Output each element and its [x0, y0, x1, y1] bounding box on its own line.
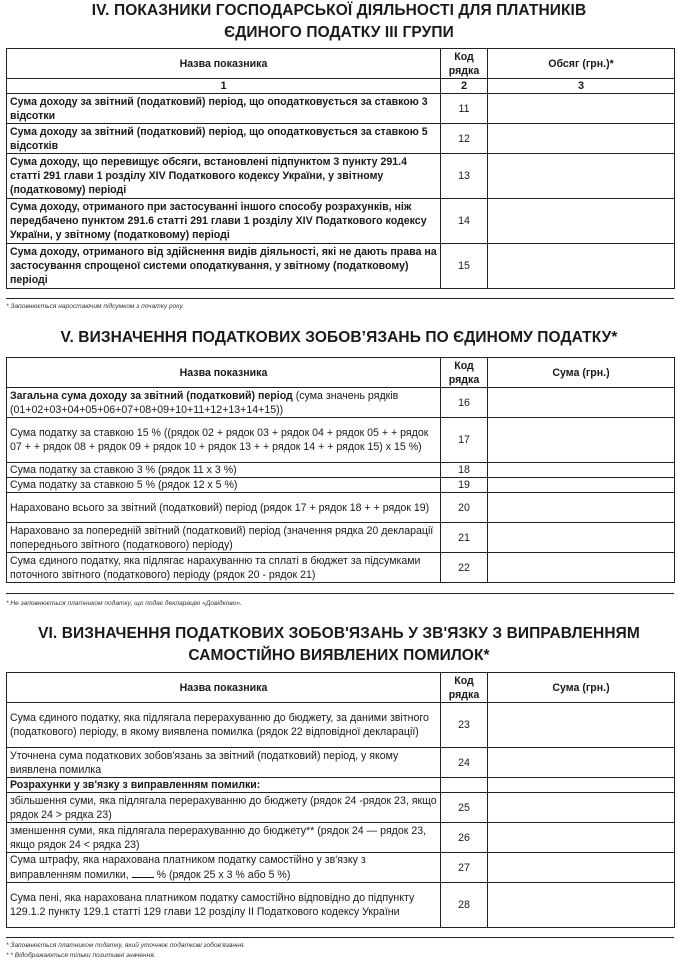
column-number-row: 1 2 3	[7, 79, 675, 94]
table-row: Сума податку за ставкою 3 % (рядок 11 х …	[7, 463, 675, 478]
table-row: Сума єдиного податку, яка підлягає нарах…	[7, 553, 675, 583]
row-name: зменшення суми, яка підлягала перерахува…	[7, 823, 441, 853]
row-name: Сума штрафу, яка нарахована платником по…	[7, 853, 441, 883]
row-code: 28	[441, 883, 488, 928]
row-value	[488, 778, 675, 793]
row-value-input[interactable]	[488, 793, 675, 823]
column-number: 1	[7, 79, 441, 94]
row-value-input[interactable]	[488, 244, 675, 289]
table-row: Сума доходу, що перевищує обсяги, встано…	[7, 154, 675, 199]
section-6-footnote-2: * * Відображаються тільки позитивні знач…	[6, 952, 156, 959]
section-6-title: VI. ВИЗНАЧЕННЯ ПОДАТКОВИХ ЗОБОВ'ЯЗАНЬ У …	[0, 623, 678, 667]
row-code: 26	[441, 823, 488, 853]
row-code	[441, 778, 488, 793]
row-code: 23	[441, 703, 488, 748]
column-number: 2	[441, 79, 488, 94]
row-code: 11	[441, 94, 488, 124]
row-value-input[interactable]	[488, 94, 675, 124]
row-value-input[interactable]	[488, 388, 675, 418]
row-name: Сума податку за ставкою 5 % (рядок 12 х …	[7, 478, 441, 493]
row-value-input[interactable]	[488, 463, 675, 478]
table-row: Уточнена сума податкових зобов'язань за …	[7, 748, 675, 778]
header-name: Назва показника	[7, 358, 441, 388]
row-code: 12	[441, 124, 488, 154]
row-value-input[interactable]	[488, 199, 675, 244]
table-header-row: Назва показника Код рядка Сума (грн.)	[7, 673, 675, 703]
section-4-title: IV. ПОКАЗНИКИ ГОСПОДАРСЬКОЇ ДІЯЛЬНОСТІ Д…	[0, 0, 678, 44]
row-name: Сума єдиного податку, яка підлягає нарах…	[7, 553, 441, 583]
table-row: Сума податку за ставкою 5 % (рядок 12 х …	[7, 478, 675, 493]
row-value-input[interactable]	[488, 154, 675, 199]
row-name: Сума податку за ставкою 15 % ((рядок 02 …	[7, 418, 441, 463]
footnote-divider	[6, 937, 674, 938]
row-code: 16	[441, 388, 488, 418]
table-row: Нараховано всього за звітний (податковий…	[7, 493, 675, 523]
row-value-input[interactable]	[488, 883, 675, 928]
section-5-title: V. ВИЗНАЧЕННЯ ПОДАТКОВИХ ЗОБОВ’ЯЗАНЬ ПО …	[0, 327, 678, 349]
table-row: Загальна сума доходу за звітний (податко…	[7, 388, 675, 418]
section-6-title-line2: САМОСТІЙНО ВИЯВЛЕНИХ ПОМИЛОК*	[0, 645, 678, 667]
row-value-input[interactable]	[488, 493, 675, 523]
footnote-divider	[6, 593, 674, 594]
header-value: Обсяг (грн.)*	[488, 49, 675, 79]
table-row: Сума доходу, отриманого від здійснення в…	[7, 244, 675, 289]
header-value: Сума (грн.)	[488, 673, 675, 703]
row-name: Сума доходу за звітний (податковий) пері…	[7, 94, 441, 124]
row-name: Сума доходу за звітний (податковий) пері…	[7, 124, 441, 154]
table-row: Сума доходу за звітний (податковий) пері…	[7, 94, 675, 124]
section-4-footnote: * Заповнюється наростаючим підсумком з п…	[6, 303, 184, 310]
row-name: Нараховано за попередній звітний (податк…	[7, 523, 441, 553]
header-code: Код рядка	[441, 358, 488, 388]
row-code: 14	[441, 199, 488, 244]
row-name: збільшення суми, яка підлягала перерахув…	[7, 793, 441, 823]
table-row: Нараховано за попередній звітний (податк…	[7, 523, 675, 553]
table-row-subheading: Розрахунки у зв'язку з виправленням поми…	[7, 778, 675, 793]
row-name: Загальна сума доходу за звітний (податко…	[7, 388, 441, 418]
row-code: 22	[441, 553, 488, 583]
row-name: Уточнена сума податкових зобов'язань за …	[7, 748, 441, 778]
row-value-input[interactable]	[488, 124, 675, 154]
header-code: Код рядка	[441, 673, 488, 703]
row-value-input[interactable]	[488, 853, 675, 883]
table-row: Сума штрафу, яка нарахована платником по…	[7, 853, 675, 883]
row-code: 17	[441, 418, 488, 463]
row-code: 18	[441, 463, 488, 478]
table-row: збільшення суми, яка підлягала перерахув…	[7, 793, 675, 823]
row-name: Сума податку за ставкою 3 % (рядок 11 х …	[7, 463, 441, 478]
row-name-post: % (рядок 25 х 3 % або 5 %)	[154, 869, 291, 881]
row-value-input[interactable]	[488, 418, 675, 463]
section-6-table: Назва показника Код рядка Сума (грн.) Су…	[6, 672, 675, 928]
header-value: Сума (грн.)	[488, 358, 675, 388]
row-value-input[interactable]	[488, 748, 675, 778]
row-code: 21	[441, 523, 488, 553]
row-value-input[interactable]	[488, 703, 675, 748]
row-code: 24	[441, 748, 488, 778]
section-6-title-line1: VI. ВИЗНАЧЕННЯ ПОДАТКОВИХ ЗОБОВ'ЯЗАНЬ У …	[0, 623, 678, 645]
table-row: Сума доходу, отриманого при застосуванні…	[7, 199, 675, 244]
table-header-row: Назва показника Код рядка Обсяг (грн.)*	[7, 49, 675, 79]
section-6-footnote-1: * Заповнюється платником податку, який у…	[6, 942, 245, 949]
table-row: Сума доходу за звітний (податковий) пері…	[7, 124, 675, 154]
row-value-input[interactable]	[488, 478, 675, 493]
row-code: 20	[441, 493, 488, 523]
row-name: Сума доходу, що перевищує обсяги, встано…	[7, 154, 441, 199]
footnote-divider	[6, 298, 674, 299]
row-name: Сума доходу, отриманого від здійснення в…	[7, 244, 441, 289]
section-4-title-line1: IV. ПОКАЗНИКИ ГОСПОДАРСЬКОЇ ДІЯЛЬНОСТІ Д…	[0, 0, 678, 22]
header-code: Код рядка	[441, 49, 488, 79]
row-value-input[interactable]	[488, 553, 675, 583]
section-4-title-line2: ЄДИНОГО ПОДАТКУ ІІІ ГРУПИ	[0, 22, 678, 44]
row-code: 25	[441, 793, 488, 823]
row-name: Розрахунки у зв'язку з виправленням поми…	[7, 778, 441, 793]
row-name-bold: Загальна сума доходу за звітний (податко…	[10, 390, 293, 402]
row-name: Сума пені, яка нарахована платником пода…	[7, 883, 441, 928]
row-value-input[interactable]	[488, 823, 675, 853]
row-code: 13	[441, 154, 488, 199]
header-name: Назва показника	[7, 673, 441, 703]
section-4-table: Назва показника Код рядка Обсяг (грн.)* …	[6, 48, 675, 289]
row-name: Сума доходу, отриманого при застосуванні…	[7, 199, 441, 244]
row-code: 27	[441, 853, 488, 883]
section-5-table: Назва показника Код рядка Сума (грн.) За…	[6, 357, 675, 583]
row-name: Сума єдиного податку, яка підлягала пере…	[7, 703, 441, 748]
table-header-row: Назва показника Код рядка Сума (грн.)	[7, 358, 675, 388]
row-name: Нараховано всього за звітний (податковий…	[7, 493, 441, 523]
penalty-rate-field[interactable]	[132, 867, 154, 878]
table-row: зменшення суми, яка підлягала перерахува…	[7, 823, 675, 853]
row-code: 19	[441, 478, 488, 493]
table-row: Сума податку за ставкою 15 % ((рядок 02 …	[7, 418, 675, 463]
row-code: 15	[441, 244, 488, 289]
column-number: 3	[488, 79, 675, 94]
header-name: Назва показника	[7, 49, 441, 79]
section-5-footnote: * Не заповнюється платником податку, що …	[6, 600, 242, 607]
row-value-input[interactable]	[488, 523, 675, 553]
table-row: Сума пені, яка нарахована платником пода…	[7, 883, 675, 928]
table-row: Сума єдиного податку, яка підлягала пере…	[7, 703, 675, 748]
